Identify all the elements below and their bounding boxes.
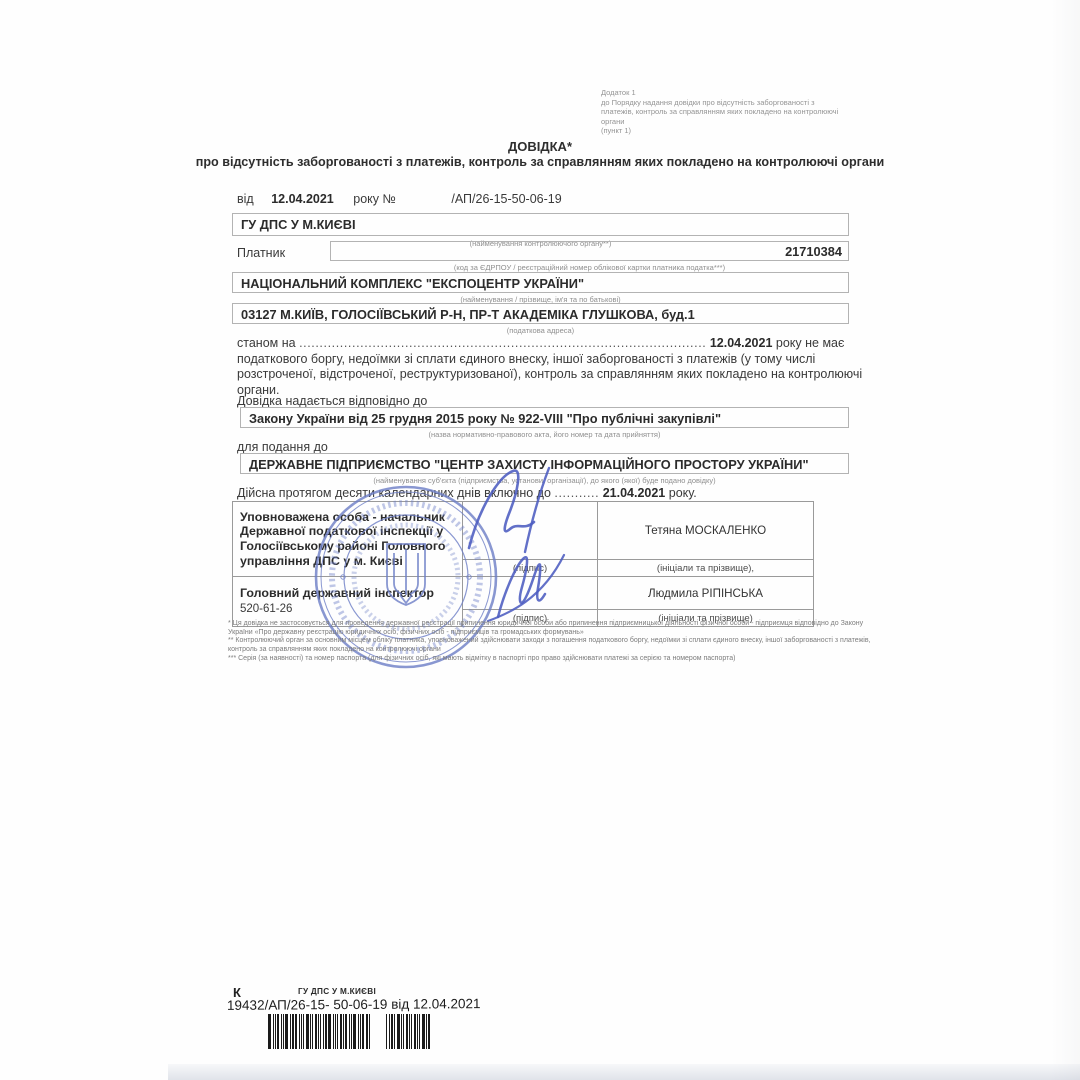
- recipient-box: ДЕРЖАВНЕ ПІДПРИЄМСТВО "ЦЕНТР ЗАХИСТУ ІНФ…: [240, 453, 849, 474]
- official-position-2-title: Головний державний інспектор: [240, 586, 458, 601]
- signature-caption-1: (підпис): [463, 560, 598, 577]
- footer-org-name: ГУ ДПС У М.КИЄВІ: [298, 987, 376, 996]
- status-paragraph: станом на ..............................…: [237, 336, 867, 398]
- appendix-note: Додаток 1 до Порядку надання довідки про…: [601, 88, 901, 136]
- reference-line: від 12.04.2021 року № /АП/26-15-50-06-19: [237, 192, 562, 206]
- payer-label: Платник: [237, 246, 285, 260]
- address-box: 03127 М.КИЇВ, ГОЛОСІЇВСЬКИЙ Р-Н, ПР-Т АК…: [232, 303, 849, 324]
- authority-box: ГУ ДПС У М.КИЄВІ: [232, 213, 849, 236]
- footnote-2: ** Контролюючий орган за основним місцем…: [228, 637, 878, 654]
- scanned-certificate-page: Додаток 1 до Порядку надання довідки про…: [0, 0, 1080, 1080]
- official-phone: 520-61-26: [240, 602, 458, 617]
- signature-area-2: [463, 577, 598, 610]
- official-position-2: Головний державний інспектор 520-61-26: [233, 577, 463, 627]
- dotted-leader: ........................................…: [299, 336, 706, 350]
- payer-name-box: НАЦІОНАЛЬНИЙ КОМПЛЕКС "ЕКСПОЦЕНТР УКРАЇН…: [232, 272, 849, 293]
- law-box: Закону України від 25 грудня 2015 року №…: [240, 407, 849, 428]
- footnote-1: * Ця довідка не застосовується для прове…: [228, 620, 878, 637]
- appendix-line: Додаток 1: [601, 88, 901, 98]
- law-caption: (назва нормативно-правового акта, його н…: [240, 430, 849, 439]
- footnotes: * Ця довідка не застосовується для прове…: [228, 620, 878, 664]
- validity-date: 21.04.2021: [603, 486, 666, 500]
- law-reference: Закону України від 25 грудня 2015 року №…: [241, 408, 848, 426]
- payer-caption: (код за ЄДРПОУ / реєстраційний номер обл…: [330, 263, 849, 272]
- barcode: [268, 1014, 458, 1051]
- paper-edge-shadow: [168, 1064, 1080, 1080]
- signature-table: Уповноважена особа - начальник Державної…: [232, 501, 814, 627]
- basis-intro: Довідка надається відповідно до: [237, 394, 427, 408]
- signature-area-1: [463, 502, 598, 560]
- appendix-line: (пункт 1): [601, 126, 901, 136]
- footnote-3: *** Серія (за наявності) та номер паспор…: [228, 655, 878, 664]
- ref-number: /АП/26-15-50-06-19: [451, 192, 561, 206]
- footer-registration-code: 19432/АП/26-15- 50-06-19 від 12.04.2021: [227, 996, 481, 1013]
- submit-to-label: для подання до: [237, 440, 328, 454]
- validity-suffix: року.: [669, 486, 697, 500]
- recipient-caption: (найменування суб'єкта (підприємства, ус…: [240, 476, 849, 485]
- ref-from-label: від: [237, 192, 254, 206]
- ref-date: 12.04.2021: [271, 192, 334, 206]
- payer-address: 03127 М.КИЇВ, ГОЛОСІЇВСЬКИЙ Р-Н, ПР-Т АК…: [233, 304, 848, 322]
- official-name-2: Людмила РІПІНСЬКА: [598, 577, 814, 610]
- document-subtitle: про відсутність заборгованості з платежі…: [182, 155, 898, 171]
- recipient-name: ДЕРЖАВНЕ ПІДПРИЄМСТВО "ЦЕНТР ЗАХИСТУ ІНФ…: [241, 454, 848, 472]
- official-name-1: Тетяна МОСКАЛЕНКО: [598, 502, 814, 560]
- payer-code: 21710384: [331, 242, 848, 259]
- appendix-line: до Порядку надання довідки про відсутніс…: [601, 98, 901, 108]
- appendix-line: органи: [601, 117, 901, 127]
- ref-year-label: року №: [353, 192, 396, 206]
- document-title: ДОВІДКА*: [0, 139, 1080, 154]
- payer-name: НАЦІОНАЛЬНИЙ КОМПЛЕКС "ЕКСПОЦЕНТР УКРАЇН…: [233, 273, 848, 291]
- validity-prefix: Дійсна протягом десяти календарних днів …: [237, 486, 551, 500]
- appendix-line: платежів, контроль за справлянням яких п…: [601, 107, 901, 117]
- status-date: 12.04.2021: [710, 336, 773, 350]
- status-prefix: станом на: [237, 336, 296, 350]
- validity-line: Дійсна протягом десяти календарних днів …: [237, 486, 697, 500]
- authority-name: ГУ ДПС У М.КИЄВІ: [233, 214, 848, 232]
- official-position-1: Уповноважена особа - начальник Державної…: [233, 502, 463, 577]
- name-caption-1: (ініціали та прізвище),: [598, 560, 814, 577]
- address-caption: (податкова адреса): [232, 326, 849, 335]
- validity-leader: ...........: [554, 486, 599, 500]
- payer-code-box: 21710384: [330, 241, 849, 261]
